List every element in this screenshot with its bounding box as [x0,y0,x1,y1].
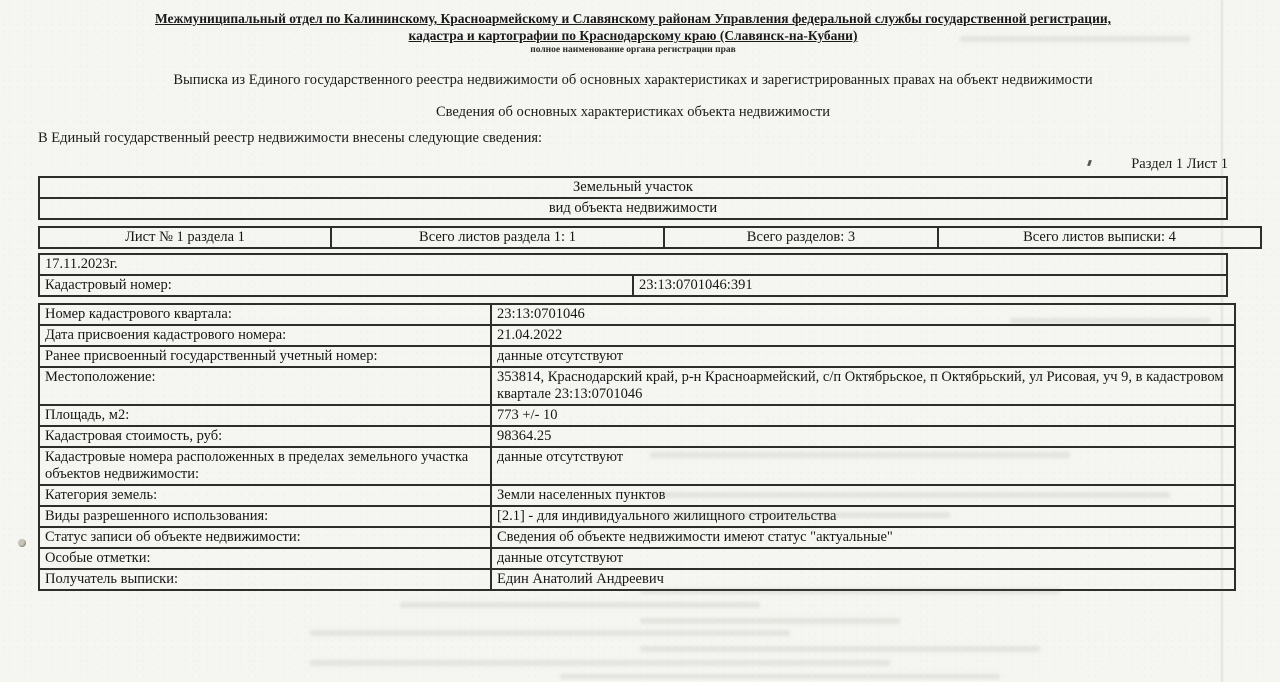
row-value: данные отсутствуют [491,548,1235,569]
row-label: Виды разрешенного использования: [39,506,491,527]
row-value: Земли населенных пунктов [491,485,1235,506]
section-sheet-label: Раздел 1 Лист 1 [38,156,1228,173]
cadastral-number-value: 23:13:0701046:391 [633,275,1227,296]
row-label: Площадь, м2: [39,405,491,426]
row-label: Получатель выписки: [39,569,491,590]
table-row: Получатель выписки: Един Анатолий Андрее… [39,569,1235,590]
table-row: Лист № 1 раздела 1 Всего листов раздела … [39,227,1261,248]
table-row: Категория земель: Земли населенных пункт… [39,485,1235,506]
scan-speck [18,539,26,547]
row-label: Кадастровые номера расположенных в преде… [39,447,491,485]
table-row: Кадастровая стоимость, руб: 98364.25 [39,426,1235,447]
date-cadastral-table: 17.11.2023г. Кадастровый номер: 23:13:07… [38,253,1228,297]
row-label: Дата присвоения кадастрового номера: [39,325,491,346]
table-row: 17.11.2023г. [39,254,1227,275]
table-row: Местоположение: 353814, Краснодарский кр… [39,367,1235,405]
row-value: 23:13:0701046 [491,304,1235,325]
table-row: Площадь, м2: 773 +/- 10 [39,405,1235,426]
row-label: Местоположение: [39,367,491,405]
registration-authority-line2: кадастра и картографии по Краснодарскому… [38,27,1228,44]
row-label: Ранее присвоенный государственный учетны… [39,346,491,367]
table-row: Виды разрешенного использования: [2.1] -… [39,506,1235,527]
row-value: Сведения об объекте недвижимости имеют с… [491,527,1235,548]
row-label: Статус записи об объекте недвижимости: [39,527,491,548]
table-row: вид объекта недвижимости [39,198,1227,219]
scanned-document-page: Межмуниципальный отдел по Калининскому, … [38,0,1228,682]
row-label: Особые отметки: [39,548,491,569]
document-subtitle: Сведения об основных характеристиках объ… [38,104,1228,121]
intro-statement: В Единый государственный реестр недвижим… [38,130,1228,147]
table-row: Статус записи об объекте недвижимости: С… [39,527,1235,548]
table-row: Номер кадастрового квартала: 23:13:07010… [39,304,1235,325]
row-value: 773 +/- 10 [491,405,1235,426]
row-value: 353814, Краснодарский край, р-н Красноар… [491,367,1235,405]
row-value: 21.04.2022 [491,325,1235,346]
registration-authority-line1: Межмуниципальный отдел по Калининскому, … [38,10,1228,27]
total-sheets-extract-cell: Всего листов выписки: 4 [938,227,1261,248]
object-type-table: Земельный участок вид объекта недвижимос… [38,176,1228,220]
table-row: Кадастровый номер: 23:13:0701046:391 [39,275,1227,296]
table-row: Кадастровые номера расположенных в преде… [39,447,1235,485]
total-sheets-section-cell: Всего листов раздела 1: 1 [331,227,664,248]
table-row: Ранее присвоенный государственный учетны… [39,346,1235,367]
row-label: Кадастровая стоимость, руб: [39,426,491,447]
object-type-value: Земельный участок [39,177,1227,198]
sheet-info-table: Лист № 1 раздела 1 Всего листов раздела … [38,226,1262,249]
row-label: Номер кадастрового квартала: [39,304,491,325]
total-sections-cell: Всего разделов: 3 [664,227,938,248]
table-row: Земельный участок [39,177,1227,198]
row-label: Категория земель: [39,485,491,506]
row-value: Един Анатолий Андреевич [491,569,1235,590]
authority-name-caption: полное наименование органа регистрации п… [38,45,1228,55]
table-row: Дата присвоения кадастрового номера: 21.… [39,325,1235,346]
sheet-number-cell: Лист № 1 раздела 1 [39,227,331,248]
row-value: данные отсутствуют [491,346,1235,367]
table-row: Особые отметки: данные отсутствуют [39,548,1235,569]
object-type-caption: вид объекта недвижимости [39,198,1227,219]
row-value: данные отсутствуют [491,447,1235,485]
document-title: Выписка из Единого государственного реес… [38,72,1228,89]
extract-date: 17.11.2023г. [39,254,1227,275]
row-value: 98364.25 [491,426,1235,447]
object-details-table: Номер кадастрового квартала: 23:13:07010… [38,303,1236,591]
row-value: [2.1] - для индивидуального жилищного ст… [491,506,1235,527]
cadastral-number-label: Кадастровый номер: [39,275,633,296]
